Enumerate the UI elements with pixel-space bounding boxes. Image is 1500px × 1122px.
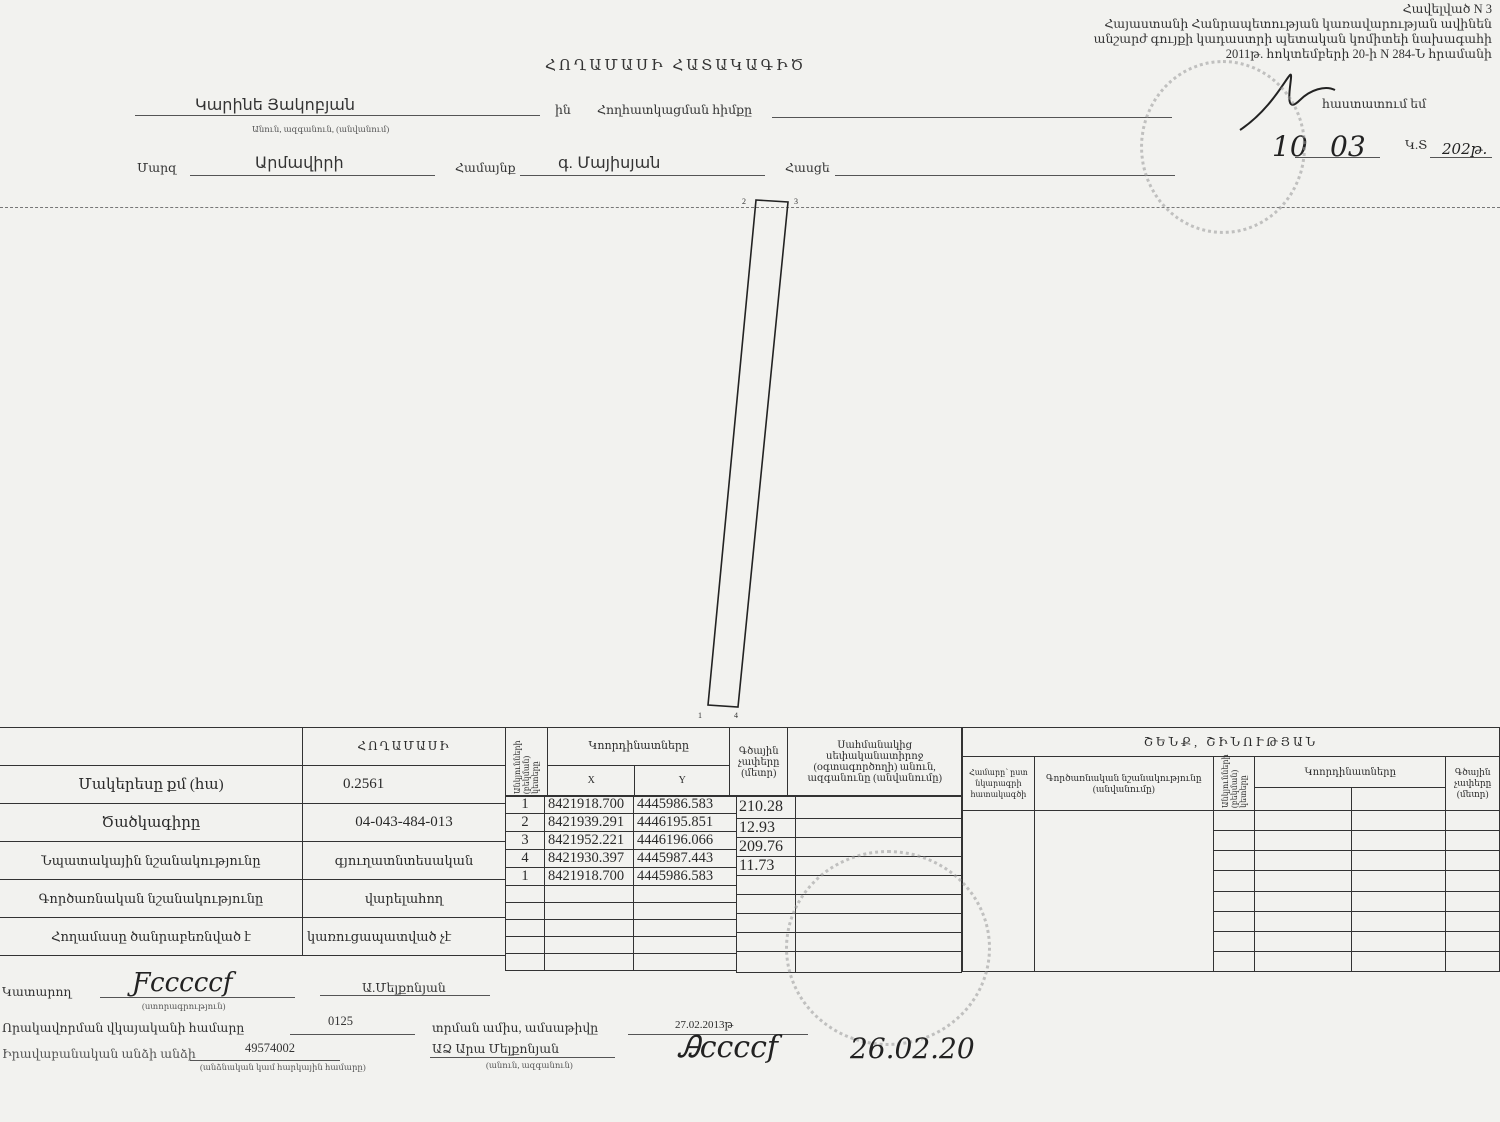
length-value: 210.28 (737, 796, 796, 819)
x-value: 8421918.700 (545, 796, 634, 814)
y-value: 4445987.443 (634, 850, 737, 868)
community-value: գ. Մայիսյան (558, 153, 660, 173)
coordinates-rows: 18421918.7004445986.583 28421939.2914446… (505, 795, 737, 971)
y-header: Y (635, 765, 730, 796)
building-coords-header: Կոորդինատները (1255, 757, 1446, 788)
regulation-note-line: անշարժ գույքի կադաստրի պետական կոմիտեի ն… (1094, 32, 1492, 47)
table-row: 18421918.7004445986.583 (506, 796, 737, 814)
owner-name-caption: Անուն, ազգանուն, (անվանում) (252, 124, 389, 135)
regulation-note: Հավելված N 3 Հայաստանի Հանրապետության կա… (1094, 2, 1492, 62)
license-line (290, 1034, 415, 1035)
length-value: 12.93 (737, 819, 796, 838)
table-row: Հողամասը ծանրաբեռնված է կառուցապատված չէ (0, 918, 506, 956)
marz-label: Մարզ (137, 160, 177, 176)
community-label: Համայնք (455, 160, 516, 176)
vertex-point: 4 (506, 850, 545, 868)
executor-name-line (320, 995, 490, 996)
x-value: 8421918.700 (545, 868, 634, 886)
table-row: 18421918.7004445986.583 (506, 868, 737, 886)
regulation-note-line: 2011թ. հոկտեմբերի 20-ի N 284-Ն հրամանի (1094, 47, 1492, 62)
land-table-heading: ՀՈՂԱՄԱՍԻ (303, 728, 506, 766)
y-value: 4445986.583 (634, 796, 737, 814)
appendix-number: Հավելված N 3 (1094, 2, 1492, 17)
license-value: 0125 (328, 1014, 353, 1029)
address-label: Հասցե (785, 160, 830, 176)
neighbors-header: Սահմանակից սեփականատիրոջ (օգտագործողի) ա… (788, 728, 962, 797)
land-value: 04-043-484-013 (303, 804, 506, 842)
marz-value: Արմավիրի (255, 153, 344, 173)
land-label: Հողամասը ծանրաբեռնված է (0, 918, 303, 956)
table-row: Նպատակային նշանակությունը գյուղատնտեսակա… (0, 842, 506, 880)
table-row: Մակերեսը քմ (հա) 0.2561 (0, 766, 506, 804)
plot-outline-drawing: 2 3 1 4 (690, 190, 810, 720)
land-value: կառուցապատված չէ (303, 918, 506, 956)
length-value: 11.73 (737, 857, 796, 876)
community-line (520, 175, 765, 176)
license-label: Որակավորման վկայականի համարը (2, 1020, 244, 1036)
approval-year-line (1430, 157, 1492, 158)
land-parcel-table: ՀՈՂԱՄԱՍԻ Մակերեսը քմ (հա) 0.2561 Ծածկագի… (0, 727, 506, 956)
regulation-note-line: Հայաստանի Հանրապետության կառավարության ա… (1094, 17, 1492, 32)
executor-signature: Ƒcccccf (132, 968, 232, 998)
vertex-point: 3 (506, 832, 545, 850)
x-value: 8421930.397 (545, 850, 634, 868)
length-header: Գծային չափերը (մետր) (730, 728, 788, 797)
seal-label: Կ.Տ (1405, 137, 1427, 153)
official-seal-bottom (785, 850, 991, 1046)
document-title: ՀՈՂԱՄԱՍԻ ՀԱՏԱԿԱԳԻԾ (545, 56, 806, 75)
applicant-signature: Ꭿccccf (678, 1030, 778, 1065)
approval-year: 202թ. (1442, 140, 1487, 158)
coords-header: Կոորդինատները (548, 728, 730, 766)
applicant-line (190, 1060, 340, 1061)
x-value: 8421952.221 (545, 832, 634, 850)
address-field (835, 175, 1175, 176)
issue-date-label: տրման ամիս, ամսաթիվը (432, 1020, 598, 1036)
vertex-point: 1 (506, 796, 545, 814)
x-value: 8421939.291 (545, 814, 634, 832)
executor-name: Ա.Մելքոնյան (362, 980, 446, 996)
building-vertex-header: Անկյունների (բեկման) կետերը (1221, 760, 1248, 808)
building-length-header: Գծային չափերը (մետր) (1446, 757, 1500, 811)
applicant-name-line (430, 1057, 615, 1058)
land-label: Նպատակային նշանակությունը (0, 842, 303, 880)
handwritten-date: 26.02.20 (850, 1032, 975, 1065)
building-number-header: Համարը՝ ըստ նկարագրի հատակագծի (963, 757, 1035, 811)
owner-suffix: ին (555, 102, 571, 118)
executor-sign-caption: (ստորագրություն) (142, 1001, 225, 1012)
applicant-name: ԱՁ Արա Մելքոնյան (432, 1041, 559, 1057)
x-header: X (548, 765, 635, 796)
owner-name: Կարինե Յակոբյան (195, 95, 355, 115)
approval-date-line (1295, 157, 1380, 158)
vertex-label: 2 (742, 197, 746, 206)
table-row: 48421930.3974445987.443 (506, 850, 737, 868)
land-label: Մակերեսը քմ (հա) (0, 766, 303, 804)
y-value: 4445986.583 (634, 868, 737, 886)
y-value: 4446195.851 (634, 814, 737, 832)
basis-field (772, 117, 1172, 118)
marz-line (190, 175, 435, 176)
land-label: Ծածկագիրը (0, 804, 303, 842)
buildings-heading: ՇԵՆՔ, ՇԻՆՈՒԹՅԱՆ (963, 728, 1500, 757)
vertex-point: 2 (506, 814, 545, 832)
building-purpose-header: Գործառնական նշանակությունը (անվանումը) (1034, 757, 1213, 811)
owner-name-line (135, 115, 540, 116)
basis-label: Հողհատկացման հիմքը (597, 102, 752, 118)
vertex-label: 3 (794, 197, 798, 206)
coordinates-table: Անկյունների (բեկման) կետերը Կոորդինատներ… (505, 727, 962, 797)
buildings-table: ՇԵՆՔ, ՇԻՆՈՒԹՅԱՆ Համարը՝ ըստ նկարագրի հատ… (962, 727, 1500, 972)
vertex-label: 4 (734, 711, 738, 720)
land-value: 0.2561 (303, 766, 506, 804)
applicant-name-caption: (անուն, ազգանուն) (486, 1060, 573, 1071)
table-row: 38421952.2214446196.066 (506, 832, 737, 850)
table-row: 28421939.2914446195.851 (506, 814, 737, 832)
vertex-label: 1 (698, 711, 702, 720)
applicant-caption: (անձնական կամ հարկային համարը) (200, 1062, 366, 1073)
land-label: Գործառնական նշանակությունը (0, 880, 303, 918)
applicant-label: Իրավաբանական անձի անձի (2, 1046, 196, 1062)
length-value: 209.76 (737, 838, 796, 857)
land-value: վարելահող (303, 880, 506, 918)
table-row: Ծածկագիրը 04-043-484-013 (0, 804, 506, 842)
vertex-point: 1 (506, 868, 545, 886)
executor-label: Կատարող (2, 984, 72, 1000)
applicant-id: 49574002 (245, 1041, 295, 1056)
y-value: 4446196.066 (634, 832, 737, 850)
land-value: գյուղատնտեսական (303, 842, 506, 880)
table-row: Գործառնական նշանակությունը վարելահող (0, 880, 506, 918)
vertex-header: Անկյունների (բեկման) կետերը (513, 730, 540, 794)
